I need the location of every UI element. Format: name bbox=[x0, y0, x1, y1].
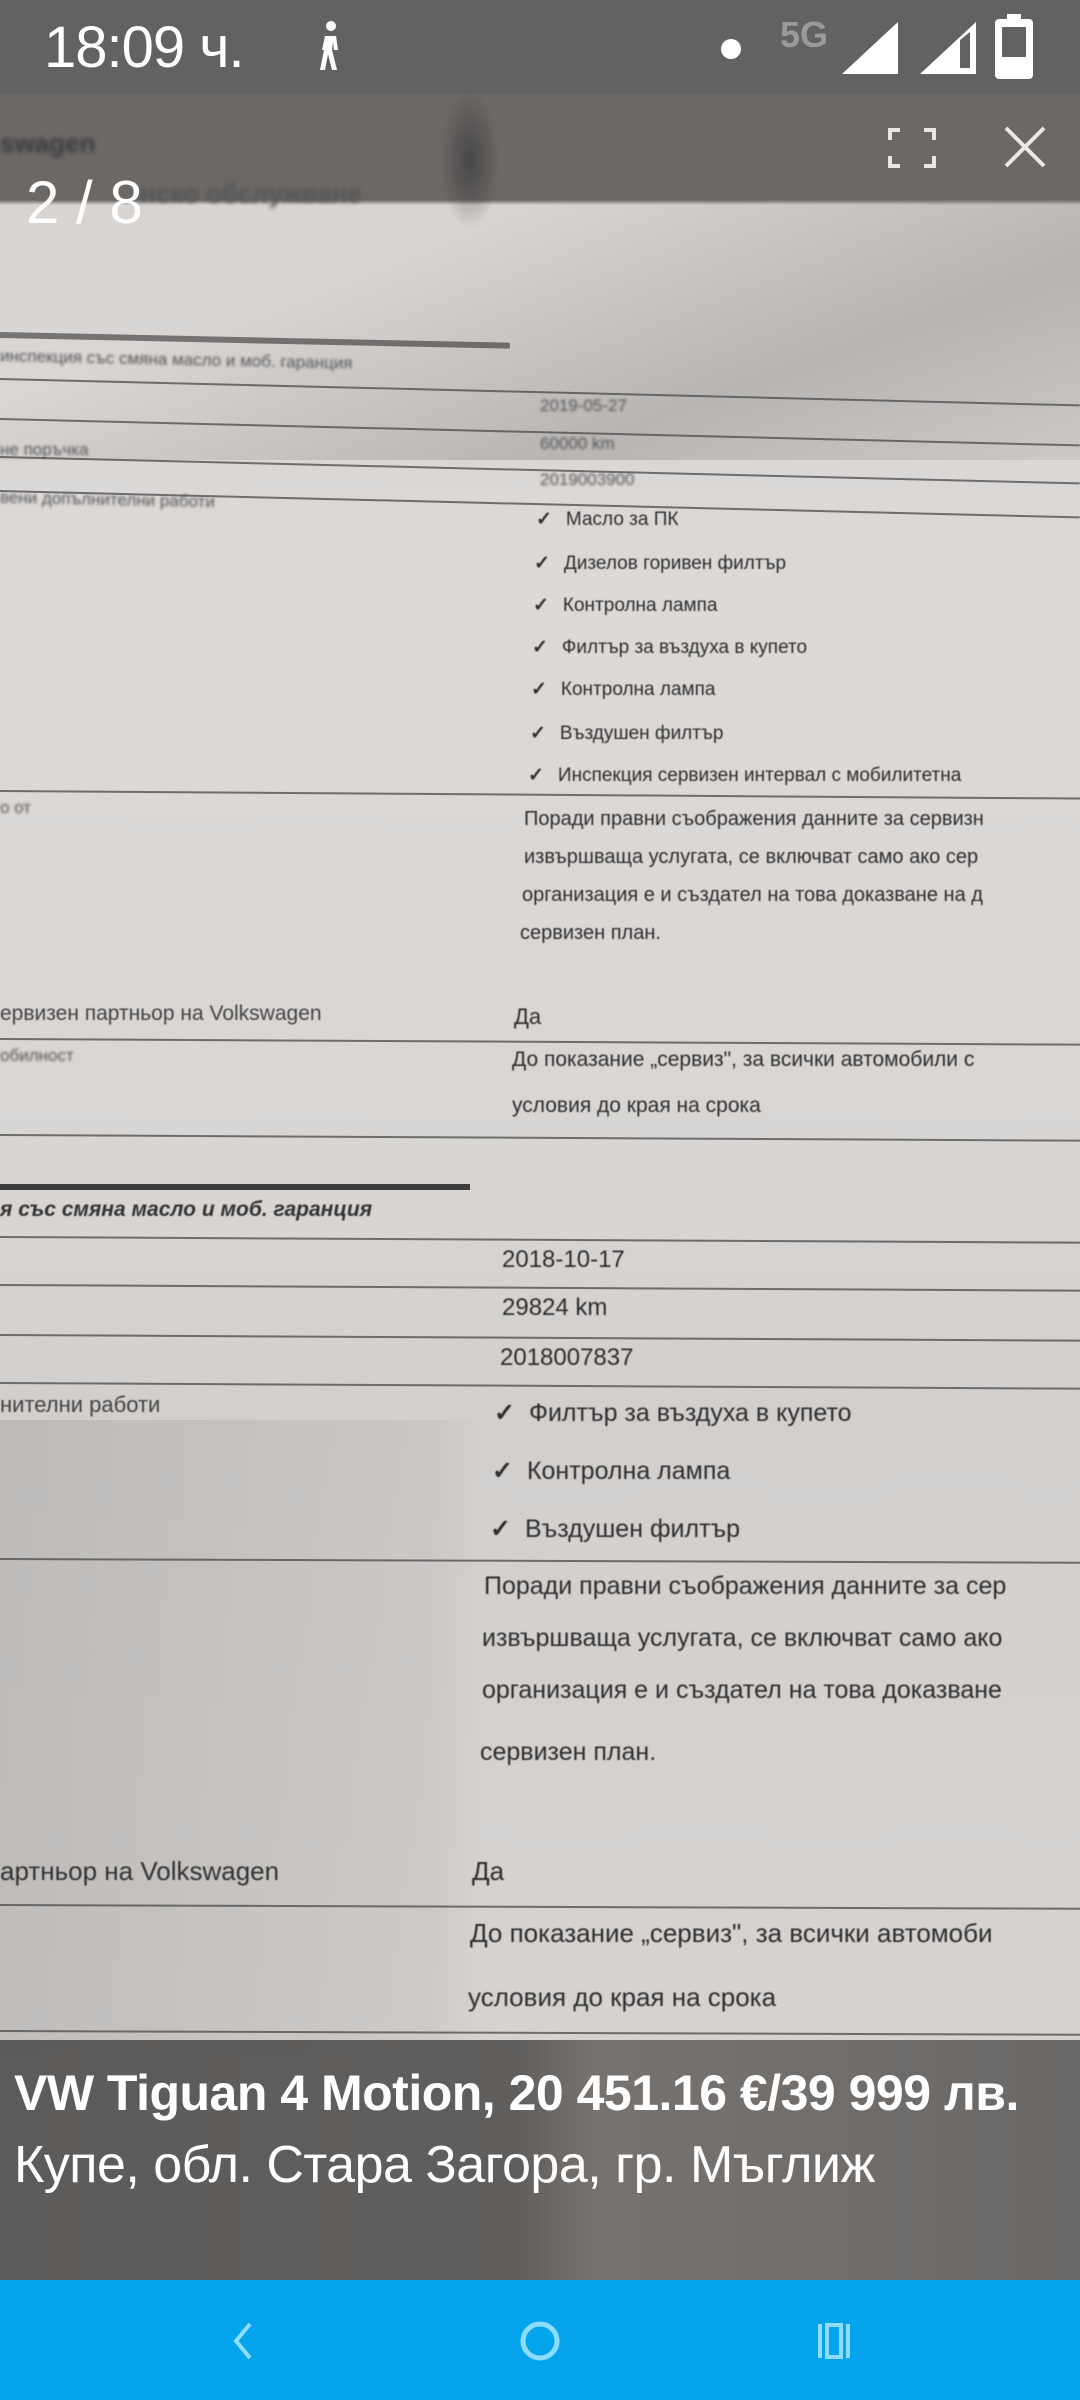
service-date: 2018-10-17 bbox=[502, 1246, 625, 1274]
works-label: нителни работи bbox=[0, 1392, 160, 1418]
mobility-label: обилност bbox=[0, 1046, 74, 1066]
section-title: я със смяна масло и моб. гаранция bbox=[0, 1198, 372, 1222]
order-number: 2019003900 bbox=[540, 470, 635, 490]
legal-text-line: Поради правни съображения данните за сер bbox=[484, 1572, 1006, 1601]
close-icon[interactable] bbox=[1002, 124, 1048, 170]
work-item: Контролна лампа bbox=[533, 594, 717, 617]
doc-header-subtitle: нско обслужване bbox=[140, 178, 362, 209]
work-item: Инспекция сервизен интервал с мобилитетн… bbox=[528, 764, 961, 787]
row-divider bbox=[0, 1334, 1080, 1342]
row-divider bbox=[0, 2030, 1080, 2036]
service-mileage: 29824 km bbox=[502, 1294, 607, 1322]
notification-dot-icon bbox=[721, 39, 741, 59]
order-number: 2018007837 bbox=[500, 1344, 633, 1372]
legal-text-line: Поради правни съображения данните за сер… bbox=[524, 808, 984, 831]
navigation-bar bbox=[0, 2280, 1080, 2400]
legal-text-line: извършваща услугата, се включват само ак… bbox=[524, 846, 978, 869]
section-divider bbox=[0, 332, 510, 349]
mobility-text: условия до края на срока bbox=[512, 1094, 761, 1118]
recents-icon[interactable] bbox=[800, 2306, 870, 2376]
mobility-text: До показание „сервиз", за всички автомоб… bbox=[512, 1048, 974, 1072]
home-icon[interactable] bbox=[505, 2306, 575, 2376]
partner-label: ервизен партньор на Volkswagen bbox=[0, 1002, 322, 1026]
work-item: Въздушен филтър bbox=[530, 722, 723, 745]
work-item: Филтър за въздуха в купето bbox=[494, 1398, 852, 1428]
partner-value: Да bbox=[514, 1004, 541, 1030]
row-divider bbox=[0, 1284, 1080, 1292]
legal-text-line: сервизен план. bbox=[520, 922, 661, 945]
mobility-text: условия до края на срока bbox=[468, 1982, 776, 2013]
back-icon[interactable] bbox=[208, 2306, 278, 2376]
status-bar: 18:09 ч. 5G bbox=[0, 0, 1080, 94]
legal-text-line: извършваща услугата, се включват само ак… bbox=[482, 1624, 1002, 1653]
legal-text-line: организация е и създател на това доказва… bbox=[522, 884, 983, 907]
legal-text-line: организация е и създател на това доказва… bbox=[482, 1676, 1002, 1705]
works-label: вени допълнителни работи bbox=[0, 488, 215, 512]
work-item: Дизелов горивен филтър bbox=[534, 552, 786, 575]
partner-value: Да bbox=[472, 1856, 504, 1887]
image-counter: 2 / 8 bbox=[26, 168, 143, 237]
network-type: 5G bbox=[780, 14, 828, 56]
work-item: Въздушен филтър bbox=[490, 1514, 740, 1544]
row-divider bbox=[0, 1038, 1080, 1046]
row-divider bbox=[0, 1134, 1080, 1142]
service-date: 2019-05-27 bbox=[540, 396, 627, 416]
walking-person-icon bbox=[310, 20, 350, 72]
listing-caption: VW Tiguan 4 Motion, 20 451.16 €/39 999 л… bbox=[0, 2040, 1080, 2280]
row-divider bbox=[0, 790, 1080, 800]
legal-text-line: сервизен план. bbox=[480, 1738, 656, 1767]
fullscreen-icon[interactable] bbox=[888, 128, 936, 168]
partner-label: артньор на Volkswagen bbox=[0, 1856, 279, 1887]
work-item: Филтър за въздуха в купето bbox=[532, 636, 807, 659]
performed-by-label: о от bbox=[0, 798, 31, 818]
service-mileage: 60000 km bbox=[540, 434, 615, 454]
section-divider bbox=[0, 1184, 470, 1190]
row-divider bbox=[0, 1904, 1080, 1910]
row-divider bbox=[0, 1382, 1080, 1390]
signal-full-icon bbox=[840, 20, 900, 76]
listing-location: Купе, обл. Стара Загора, гр. Мъглиж bbox=[14, 2128, 1080, 2202]
work-item: Масло за ПК bbox=[536, 508, 678, 531]
doc-header-brand: swagen bbox=[0, 128, 95, 159]
work-item: Контролна лампа bbox=[531, 678, 715, 701]
row-divider bbox=[0, 1558, 1080, 1564]
signal-partial-icon bbox=[918, 20, 978, 76]
clock: 18:09 ч. bbox=[44, 14, 244, 81]
battery-icon bbox=[994, 14, 1034, 80]
listing-title: VW Tiguan 4 Motion, 20 451.16 €/39 999 л… bbox=[14, 2058, 1064, 2128]
section-title: инспекция със смяна масло и моб. гаранци… bbox=[0, 346, 353, 373]
work-item: Контролна лампа bbox=[492, 1456, 730, 1486]
mobility-text: До показание „сервиз", за всички автомоб… bbox=[470, 1918, 993, 1949]
row-divider bbox=[0, 1236, 1080, 1244]
